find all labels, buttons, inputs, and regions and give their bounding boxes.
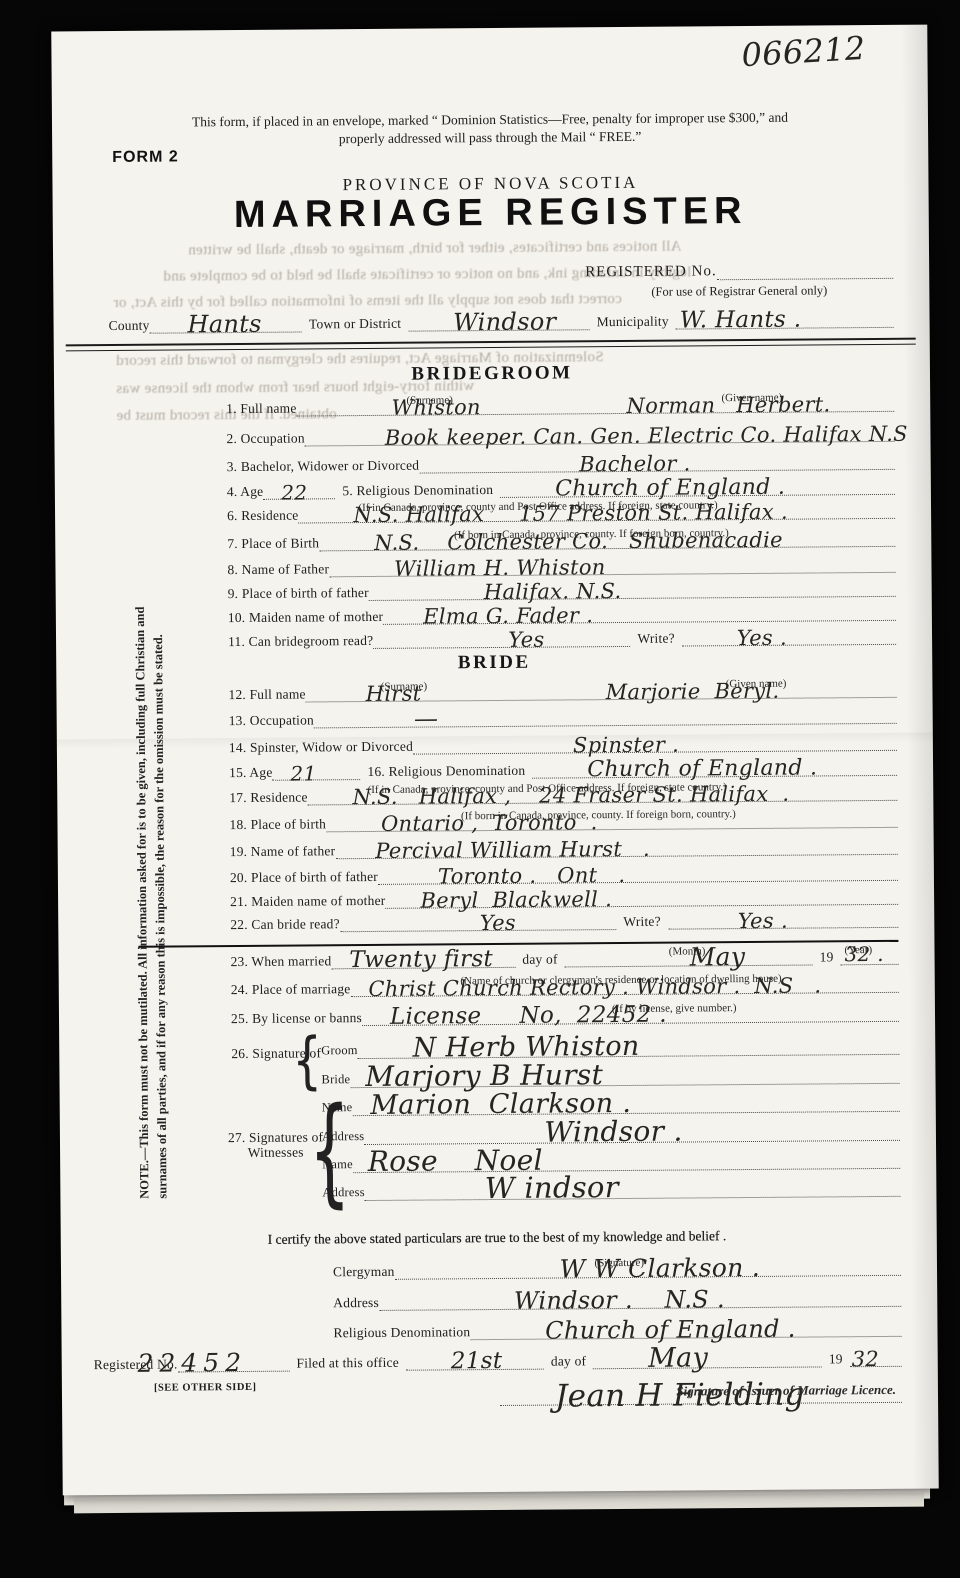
field-label: 24. Place of marriage bbox=[231, 981, 351, 998]
bride-religion-value: Church of England . bbox=[587, 757, 817, 781]
page-title: MARRIAGE REGISTER bbox=[53, 189, 929, 239]
field-row-license-or-banns: 25. By license or banns License No, 2245… bbox=[231, 1000, 899, 1027]
field-row-bride-residence: 17. Residence N.S. Halifax , 24 Fraser S… bbox=[229, 779, 897, 806]
field-label: 4. Age bbox=[227, 484, 264, 500]
day-of-label: day of bbox=[522, 952, 557, 968]
dotted-line: 21 bbox=[272, 757, 360, 781]
dotted-line: Yes . bbox=[682, 622, 896, 647]
field-row-place-of-marriage: 24. Place of marriage Christ Church Rect… bbox=[231, 971, 899, 998]
county-line: Hants bbox=[149, 310, 302, 334]
birthplace-caption: (If born in Canada, province, county. If… bbox=[454, 527, 729, 541]
dotted-line: 32 . (Year) bbox=[840, 942, 898, 965]
dotted-line: W indsor bbox=[365, 1174, 901, 1201]
witness-name-label: Name bbox=[322, 1157, 353, 1173]
groom-occupation-value: Book keeper. Can. Gen. Electric Co. Hali… bbox=[385, 424, 908, 449]
year-prefix-label: 19 bbox=[829, 1351, 843, 1367]
field-label: 1. Full name bbox=[226, 401, 296, 418]
dotted-line: Spinster . bbox=[413, 728, 897, 755]
dotted-line: Church of England . bbox=[500, 472, 895, 498]
field-row-bride-marital-status: 14. Spinster, Widow or Divorced Spinster… bbox=[229, 729, 897, 756]
field-label: 19. Name of father bbox=[230, 843, 336, 860]
filed-at-office-label: Filed at this office bbox=[296, 1355, 398, 1372]
dotted-line: Hirst Marjorie Beryl. (Surname) (Given n… bbox=[306, 675, 897, 703]
dotted-line: Church of England . bbox=[470, 1314, 901, 1340]
field-row-bride-age-religion: 15. Age 21 16. Religious Denomination Ch… bbox=[229, 754, 897, 781]
groom-marital-status-value: Bachelor . bbox=[579, 453, 691, 475]
dotted-line: N.S. Halifax 157 Preston St. Halifax . (… bbox=[298, 496, 895, 524]
witness-address-label: Address bbox=[322, 1185, 364, 1201]
dotted-line: Windsor . bbox=[364, 1118, 900, 1145]
bride-can-write-value: Yes . bbox=[738, 911, 788, 932]
dotted-line: Twenty first bbox=[331, 945, 515, 969]
dotted-line: Windsor . N.S . bbox=[379, 1284, 902, 1311]
scanned-document-background: { "colors": {"background":"#060606","pap… bbox=[0, 0, 960, 1578]
field-row-witness2-address: Address W indsor bbox=[322, 1175, 900, 1202]
dotted-line: — bbox=[314, 701, 897, 729]
dotted-line: Marion Clarkson . bbox=[352, 1089, 900, 1116]
place-of-marriage-caption: (Name of church or clergyman's residence… bbox=[460, 973, 781, 988]
witness1-address-value: Windsor . bbox=[544, 1118, 683, 1147]
field-label: 16. Religious Denomination bbox=[367, 763, 525, 780]
margin-note-vertical: NOTE.—This form must not be mutilated. A… bbox=[131, 551, 171, 1199]
field-label: 21. Maiden name of mother bbox=[230, 893, 385, 910]
marriage-day-value: Twenty first bbox=[349, 948, 493, 972]
groom-can-read-value: Yes bbox=[508, 630, 544, 651]
surname-caption: (Surname) bbox=[406, 394, 453, 406]
municipality-label: Municipality bbox=[597, 314, 669, 331]
field-label: 15. Age bbox=[229, 765, 273, 781]
dotted-line: Whiston Norman Herbert. (Surname) (Given… bbox=[296, 389, 894, 417]
bride-age-value: 21 bbox=[290, 763, 316, 783]
field-label: 7. Place of Birth bbox=[227, 535, 319, 552]
field-label: 23. When married bbox=[231, 953, 332, 970]
dotted-line: 21st bbox=[406, 1347, 544, 1371]
dotted-line: N Herb Whiston bbox=[358, 1032, 900, 1059]
field-row-groom-residence: 6. Residence N.S. Halifax 157 Preston St… bbox=[227, 497, 895, 524]
registrar-general-note: (For use of Registrar General only) bbox=[585, 283, 893, 300]
field-label: 2. Occupation bbox=[226, 430, 304, 447]
bride-occupation-value: — bbox=[414, 706, 439, 730]
field-row-bride-full-name: 12. Full name Hirst Marjorie Beryl. (Sur… bbox=[228, 676, 896, 703]
bride-marital-status-value: Spinster . bbox=[573, 735, 679, 757]
groom-signature-label: Groom bbox=[321, 1043, 358, 1059]
filed-year-value: 32 bbox=[852, 1349, 879, 1370]
year-prefix-label: 19 bbox=[820, 949, 834, 965]
dotted-line: W W Clarkson . (Signature) bbox=[394, 1253, 901, 1280]
field-row-bride-birthplace: 18. Place of birth Ontario , Toronto . (… bbox=[229, 806, 897, 833]
field-row-bride-father: 19. Name of father Percival William Hurs… bbox=[230, 833, 898, 860]
field-label: 12. Full name bbox=[228, 686, 305, 703]
dotted-line: Christ Church Rectory . Windsor . N.S . … bbox=[350, 970, 899, 997]
given-name-caption: (Given name) bbox=[726, 678, 787, 690]
field-label: 22. Can bride read? bbox=[230, 916, 340, 933]
dotted-line: 32 bbox=[850, 1344, 902, 1367]
witness-address-label: Address bbox=[322, 1129, 364, 1145]
town-label: Town or District bbox=[309, 316, 401, 333]
field-row-groom-birthplace: 7. Place of Birth N.S. Colchester Co. Sh… bbox=[227, 525, 895, 552]
dotted-line: N.S. Colchester Co. Shubenacadie (If bor… bbox=[319, 524, 895, 552]
dotted-line: N.S. Halifax , 24 Fraser St. Halifax . (… bbox=[307, 778, 897, 806]
field-label: 8. Name of Father bbox=[227, 561, 329, 578]
field-label: 13. Occupation bbox=[229, 712, 314, 729]
dotted-line: Elma G. Fader . bbox=[383, 598, 896, 625]
dotted-line: Percival William Hurst . bbox=[335, 832, 898, 859]
field-row-clergyman-address: Address Windsor . N.S . bbox=[333, 1285, 901, 1311]
field-row-filing: Registered No. 22452 Filed at this offic… bbox=[94, 1345, 902, 1373]
see-other-side-note: [SEE OTHER SIDE] bbox=[154, 1382, 257, 1394]
witness2-address-value: W indsor bbox=[485, 1173, 619, 1203]
license-caption: (If by license, give number.) bbox=[612, 1002, 737, 1015]
dotted-line: Church of England . bbox=[532, 753, 897, 779]
dotted-line: 22452 bbox=[177, 1349, 289, 1373]
bride-heading: BRIDE bbox=[56, 649, 932, 678]
field-row-witness1-name: Name Marion Clarkson . bbox=[322, 1090, 900, 1117]
write-label: Write? bbox=[637, 631, 675, 647]
location-row: County Hants Town or District Windsor Mu… bbox=[108, 306, 893, 334]
field-row-bride-signature: Bride Marjory B Hurst bbox=[321, 1062, 899, 1089]
dotted-line: Toronto . Ont . bbox=[378, 858, 898, 885]
dotted-line: May (Month) bbox=[565, 943, 813, 968]
field-label: 18. Place of birth bbox=[229, 816, 326, 833]
field-label: 9. Place of birth of father bbox=[228, 585, 369, 602]
registered-no-label: REGISTERED No. bbox=[585, 264, 717, 281]
county-value: Hants bbox=[187, 312, 261, 337]
field-row-when-married: 23. When married Twenty first day of May… bbox=[230, 943, 898, 970]
given-name-caption: (Given name) bbox=[721, 392, 782, 404]
signature-caption: (Signature) bbox=[594, 1257, 644, 1269]
year-caption: (Year) bbox=[844, 944, 872, 956]
field-row-groom-read-write: 11. Can bridegroom read? Yes Write? Yes … bbox=[228, 623, 896, 650]
filed-month-value: May bbox=[648, 1344, 708, 1371]
write-label: Write? bbox=[623, 914, 661, 930]
field-row-groom-marital-status: 3. Bachelor, Widower or Divorced Bachelo… bbox=[227, 448, 895, 475]
field-row-bride-read-write: 22. Can bride read? Yes Write? Yes . bbox=[230, 906, 898, 933]
birthplace-caption: (If born in Canada, province, county. If… bbox=[461, 808, 736, 822]
dotted-line: William H. Whiston bbox=[329, 550, 896, 577]
issuer-signature-caption: Signature of Issuer of Marriage Licence. bbox=[676, 1382, 896, 1400]
dotted-line: Bachelor . bbox=[419, 447, 895, 474]
dotted-line: Yes bbox=[340, 907, 617, 932]
dotted-line: Yes bbox=[373, 624, 630, 649]
registered-no-value: 22452 bbox=[137, 1350, 247, 1376]
registered-no-line bbox=[717, 256, 894, 280]
filed-day-value: 21st bbox=[451, 1350, 503, 1373]
bleed-through-text: All notices and certificates, either for… bbox=[188, 239, 682, 260]
marriage-register-form-page: All notices and certificates, either for… bbox=[51, 25, 938, 1496]
form-number-label: FORM 2 bbox=[112, 148, 179, 167]
groom-signature-value: N Herb Whiston bbox=[413, 1033, 640, 1062]
clergyman-address-value: Windsor . N.S . bbox=[514, 1287, 725, 1313]
field-row-groom-occupation: 2. Occupation Book keeper. Can. Gen. Ele… bbox=[226, 420, 894, 447]
handwritten-scan-number: 066212 bbox=[741, 32, 867, 71]
dotted-line: 22 bbox=[263, 476, 335, 500]
field-label: 20. Place of birth of father bbox=[230, 869, 378, 886]
field-label: 11. Can bridegroom read? bbox=[228, 633, 373, 650]
bride-signature-value: Marjory B Hurst bbox=[365, 1061, 603, 1091]
dotted-line: Marjory B Hurst bbox=[350, 1061, 899, 1088]
field-label: 3. Bachelor, Widower or Divorced bbox=[227, 458, 420, 476]
field-label: 17. Residence bbox=[229, 789, 307, 806]
dotted-line: Ontario , Toronto . (If born in Canada, … bbox=[326, 805, 898, 832]
clergyman-address-label: Address bbox=[333, 1295, 379, 1311]
municipality-line: W. Hants . bbox=[676, 305, 894, 330]
dotted-line: License No, 22452 . (If by license, give… bbox=[362, 999, 899, 1026]
dotted-line: Halifax. N.S. bbox=[369, 574, 896, 601]
field-row-groom-full-name: 1. Full name Whiston Norman Herbert. (Su… bbox=[226, 390, 894, 417]
bride-father-value: Percival William Hurst . bbox=[375, 839, 650, 862]
surname-caption: (Surname) bbox=[381, 681, 428, 693]
field-label: 5. Religious Denomination bbox=[342, 482, 493, 499]
field-row-clergyman-denomination: Religious Denomination Church of England… bbox=[333, 1315, 901, 1341]
month-caption: (Month) bbox=[669, 945, 706, 957]
registered-no-row: REGISTERED No. bbox=[585, 257, 893, 281]
bride-can-read-value: Yes bbox=[480, 913, 516, 934]
day-of-label: day of bbox=[551, 1353, 586, 1369]
field-label: 14. Spinster, Widow or Divorced bbox=[229, 739, 413, 756]
field-row-groom-signature: Groom N Herb Whiston bbox=[321, 1033, 899, 1060]
field-row-witness1-address: Address Windsor . bbox=[322, 1119, 900, 1146]
denomination-label: Religious Denomination bbox=[333, 1324, 470, 1341]
municipality-value: W. Hants . bbox=[680, 309, 802, 333]
witness-name-label: Name bbox=[322, 1100, 353, 1116]
field-row-bride-occupation: 13. Occupation — bbox=[229, 702, 897, 729]
certification-statement: I certify the above stated particulars a… bbox=[268, 1228, 727, 1248]
issuer-signature-row: Jean H Fielding Signature of Issuer of M… bbox=[500, 1381, 902, 1406]
town-value: Windsor bbox=[453, 310, 556, 335]
field-label: 6. Residence bbox=[227, 508, 299, 525]
groom-can-write-value: Yes . bbox=[737, 628, 787, 649]
town-line: Windsor bbox=[408, 307, 590, 331]
clergyman-label: Clergyman bbox=[333, 1264, 395, 1280]
county-label: County bbox=[109, 318, 150, 334]
dotted-line: Rose Noel bbox=[353, 1146, 901, 1173]
field-label: 10. Maiden name of mother bbox=[228, 609, 383, 626]
denomination-value: Church of England . bbox=[545, 1317, 796, 1343]
dotted-line: May bbox=[593, 1344, 822, 1369]
dotted-line: Yes . bbox=[668, 905, 899, 930]
dotted-line: Book keeper. Can. Gen. Electric Co. Hali… bbox=[305, 419, 895, 447]
dotted-line: Jean H Fielding Signature of Issuer of M… bbox=[500, 1380, 902, 1406]
clergyman-signature-value: W W Clarkson . bbox=[559, 1255, 760, 1282]
field-row-clergyman: Clergyman W W Clarkson . (Signature) bbox=[333, 1254, 901, 1280]
